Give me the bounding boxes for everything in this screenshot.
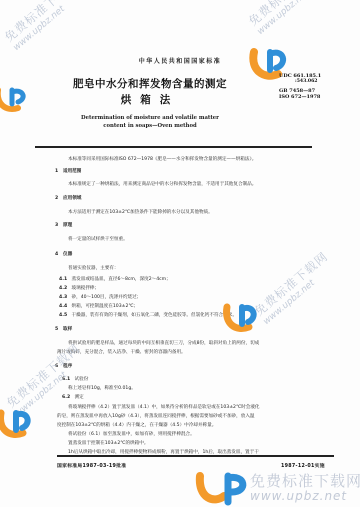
section-heading: 5 取样 [55, 326, 72, 332]
subsection-text: 将试验份（6.1）加至蒸发皿中，如加有砂，则用搅拌棒混合。 [68, 431, 195, 437]
upbz-logo-icon [0, 408, 32, 442]
subsection-text: 的皂，则在蒸发皿中再放入10g砂（4.3），将蒸发皿连同搅拌棒，根据需要加砂或不… [57, 413, 255, 419]
subsection-text: 将玻璃搅拌棒（4.2）置于蒸发皿（4.1）中，如果待分析的样品是软皂或在103±… [68, 404, 260, 410]
list-item: 4.1 蒸发皿或结晶皿，直径6～8cm，深度2～4cm； [59, 276, 171, 282]
section-heading: 3 原理 [55, 222, 72, 228]
section-text: 将供试验用的肥皂样品，通过每块的中间互相垂直切三刀，分成8份，取斜对角上的两份，… [68, 340, 259, 346]
standard-codes: UDC 661.185.1 :543.062 GB 7458—87 ISO 67… [279, 74, 321, 100]
list-item: 4.5 干燥器，装有有效的干燥剂，如五氧化二磷，变色硅胶等。但氯化钙不符合要求。 [59, 312, 237, 318]
section-heading: 4 仪器 [55, 251, 72, 257]
watermark-top-left: 免费标准下载网 www.upbz.net [1, 0, 88, 53]
section-text: 将一定量的试样烘干至恒重。 [68, 236, 128, 242]
section-heading: 2 应用领域 [55, 195, 81, 201]
list-item: 4.2 玻璃搅拌棒； [59, 285, 99, 291]
footer-divider [57, 455, 334, 457]
watermark-top-right: 免费标准下载网 www.upbz.net [245, 0, 332, 37]
upbz-logo-icon [222, 302, 258, 336]
watermark-site-name: 免费标准下载网 [250, 470, 360, 491]
header-divider [35, 146, 312, 148]
implementation-date: 1987-12-01实施 [281, 462, 325, 469]
subsection-text: 度控制在103±2℃的烘箱（4.4）内干燥之，在干燥器（4.5）中冷却并称量。 [57, 422, 216, 428]
section-heading: 1 适用范围 [55, 168, 81, 174]
list-item: 4.3 砂，40～100目，洗涤并灼烧过； [59, 294, 141, 300]
national-standard-label: 中华人民共和国国家标准 [0, 56, 360, 65]
upbz-logo-icon [194, 472, 248, 506]
title-chinese: 肥皂中水分和挥发物含量的测定 [0, 76, 300, 91]
list-item: 4.4 烘箱，可控制温度在103±2℃； [59, 303, 138, 309]
iso-code: ISO 672—1978 [279, 95, 321, 100]
watermark-middle-right: 免费标准下载网 www.upbz.net [251, 248, 338, 327]
intro-paragraph: 本标准等同采用国际标准ISO 672—1978《肥皂——水分和挥发物含量的测定—… [68, 156, 256, 162]
section-text: 普通实验仪器，主要有： [68, 265, 119, 271]
title-chinese-method: 烘箱法 [0, 92, 300, 107]
subsection-heading: 6.2 测定 [62, 394, 84, 400]
subsection-text: 称上述皂样10g，称准至0.01g。 [68, 385, 136, 391]
watermark-bottom-brand: 免费标准下载网 www.upbz.net [190, 470, 360, 507]
approval-date: 国家标准局1987-03-19批准 [57, 462, 126, 469]
watermark-site-url: www.upbz.net [250, 489, 347, 503]
title-english: Determination of moisture and volatile m… [0, 114, 300, 130]
section-text: 本标准规定了一种烘箱法，用来测定商品皂中的水分和挥发物含量，不适用于其他复合制品… [68, 181, 256, 187]
section-text: 本方法适用于测定在103±2℃加热条件下能除掉的水分以及其他物质。 [68, 209, 213, 215]
document-page: 免费标准下载网 www.upbz.net 免费标准下载网 www.upbz.ne… [0, 0, 360, 507]
subsection-text: 置蒸发皿于控制在103±2℃的烘箱中。 [68, 440, 148, 446]
